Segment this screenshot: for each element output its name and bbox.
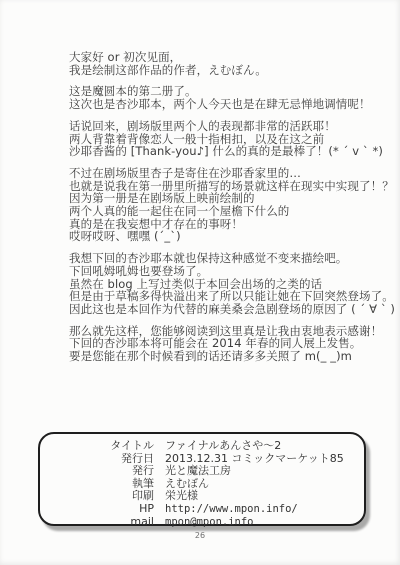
afterword-line: 因此这也是本回作为代替的麻美桑会急剧登场的原因了 ( ´ ∀ ` ) <box>69 303 394 316</box>
doujinshi-afterword-page: 大家好 or 初次见面， 我是绘制这部作品的作者，えむぼん。 这是魔圆本的第二册… <box>0 0 400 565</box>
paragraph: 这是魔圆本的第二册了。 这次也是杏沙耶本，两个人今天也是在肆无忌惮地调情呢！ <box>69 85 394 110</box>
colophon-value: ファイナルあんさや〜2 <box>165 440 281 453</box>
colophon-row-homepage: HP http://www.mpon.info/ <box>50 503 354 516</box>
afterword-line: 我想下回的杏沙耶本就也保持这种感觉不变来描绘吧。 <box>69 252 394 265</box>
colophon-value: 栄光様 <box>165 490 198 503</box>
colophon-row-author: 執筆 えむぼん <box>50 478 354 491</box>
colophon-row-title: タイトル ファイナルあんさや〜2 <box>50 440 354 453</box>
afterword-line: 不过在剧场版里杏子是寄住在沙耶香家里的… <box>69 167 394 180</box>
page-number: 26 <box>0 531 400 540</box>
afterword-line: 两个人真的能一起住在同一个屋檐下什么的 <box>69 205 394 218</box>
afterword-text: 大家好 or 初次见面， 我是绘制这部作品的作者，えむぼん。 这是魔圆本的第二册… <box>69 51 394 372</box>
afterword-line: 哎呀哎呀、嘿嘿 (´_`) <box>69 230 394 243</box>
paragraph: 话说回来，剧场版里两个人的表现都非常的活跃耶！ 两人背靠着背像恋人一般十指相扣，… <box>69 120 394 158</box>
colophon-label: mail <box>50 516 154 529</box>
colophon-row-printer: 印刷 栄光様 <box>50 490 354 503</box>
afterword-line: 我是绘制这部作品的作者，えむぼん。 <box>69 64 394 77</box>
afterword-line: 下回吼姆吼姆也要登场了。 <box>69 265 394 278</box>
paragraph: 不过在剧场版里杏子是寄住在沙耶香家里的… 也就是说我在第一册里所描写的场景就这样… <box>69 167 394 243</box>
colophon-box: タイトル ファイナルあんさや〜2 発行日 2013.12.31 コミックマーケッ… <box>38 432 366 526</box>
colophon-value: 光と魔法工房 <box>165 465 231 478</box>
paragraph: 那么就先这样，您能够阅读到这里真是让我由衷地表示感谢！ 下回的杏沙耶本将可能会在… <box>69 325 394 363</box>
colophon-value: http://www.mpon.info/ <box>165 503 298 516</box>
colophon-label: HP <box>50 503 154 516</box>
colophon-row-mail: mail mpon@mpon.info <box>50 516 354 529</box>
colophon-value: mpon@mpon.info <box>165 516 254 529</box>
paragraph: 我想下回的杏沙耶本就也保持这种感觉不变来描绘吧。 下回吼姆吼姆也要登场了。 虽然… <box>69 252 394 316</box>
afterword-line: 大家好 or 初次见面， <box>69 51 394 64</box>
paragraph: 大家好 or 初次见面， 我是绘制这部作品的作者，えむぼん。 <box>69 51 394 76</box>
afterword-line: 要是您能在那个时候看到的话还请多多关照了 m(_ _)m <box>69 350 394 363</box>
afterword-line: 这次也是杏沙耶本，两个人今天也是在肆无忌惮地调情呢！ <box>69 98 394 111</box>
afterword-line: 沙耶香酱的 [Thank-you♪] 什么的真的是最棒了！(* ´ v ` *) <box>69 145 394 158</box>
afterword-line: 话说回来，剧场版里两个人的表现都非常的活跃耶！ <box>69 120 394 133</box>
colophon-label: 発行 <box>50 465 154 478</box>
colophon-label: タイトル <box>50 440 154 453</box>
colophon-row-publisher: 発行 光と魔法工房 <box>50 465 354 478</box>
